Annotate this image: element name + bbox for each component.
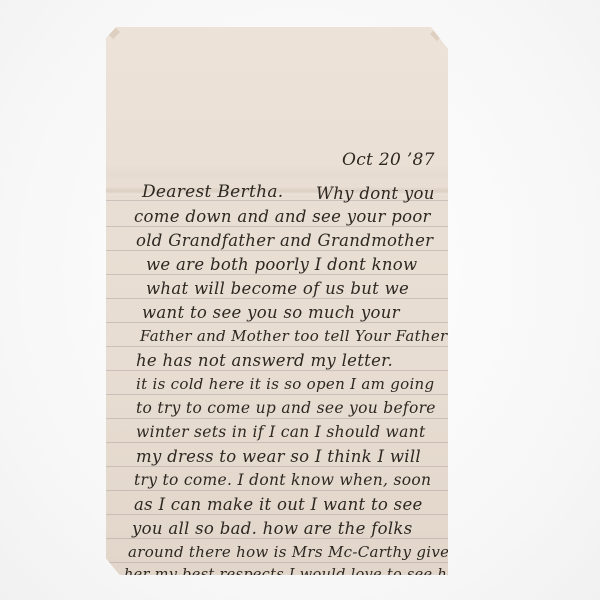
photo-scene: Oct 20 ’87 Dearest Bertha. Why dont you …: [0, 0, 600, 600]
letter-line: want to see you so much your: [142, 303, 400, 322]
letter-line: around there how is Mrs Mc-Carthy give: [128, 543, 449, 561]
ruled-line: [106, 274, 448, 275]
letter-line: my dress to wear so I think I will: [136, 447, 421, 466]
letter-line: what will become of us but we: [146, 279, 409, 298]
letter-greeting: Dearest Bertha.: [142, 182, 283, 202]
letter-line: old Grandfather and Grandmother: [136, 231, 433, 250]
ruled-line: [106, 514, 448, 515]
ruled-line: [106, 370, 448, 371]
letter-line: you all so bad. how are the folks: [132, 519, 412, 538]
letter-line: come down and and see your poor: [134, 207, 431, 226]
ruled-line: [106, 418, 448, 419]
letter-paper: Oct 20 ’87 Dearest Bertha. Why dont you …: [106, 27, 448, 575]
ruled-line: [106, 562, 448, 563]
ruled-line: [106, 394, 448, 395]
letter-line: it is cold here it is so open I am going: [136, 375, 434, 393]
ruled-line: [106, 346, 448, 347]
ruled-line: [106, 490, 448, 491]
letter-line: try to come. I dont know when, soon: [134, 471, 431, 489]
ruled-line: [106, 466, 448, 467]
letter-line: winter sets in if I can I should want: [136, 423, 425, 441]
ruled-line: [106, 250, 448, 251]
letter-line: we are both poorly I dont know: [146, 255, 417, 274]
letter-date: Oct 20 ’87: [342, 150, 435, 170]
ruled-line: [106, 226, 448, 227]
ruled-line: [106, 538, 448, 539]
letter-line: to try to come up and see you before: [136, 399, 436, 417]
letter-line: Why dont you: [316, 184, 435, 203]
ruled-line: [106, 322, 448, 323]
ruled-line: [106, 298, 448, 299]
letter-line: Father and Mother too tell Your Father: [140, 327, 448, 345]
letter-line: as I can make it out I want to see: [134, 495, 423, 514]
letter-line: he has not answerd my letter.: [136, 351, 393, 370]
letter-line: her my best respects I would love to see…: [124, 567, 463, 583]
paper-corner-crease: [106, 25, 120, 39]
paper-corner-crease: [430, 27, 444, 41]
ruled-line: [106, 442, 448, 443]
